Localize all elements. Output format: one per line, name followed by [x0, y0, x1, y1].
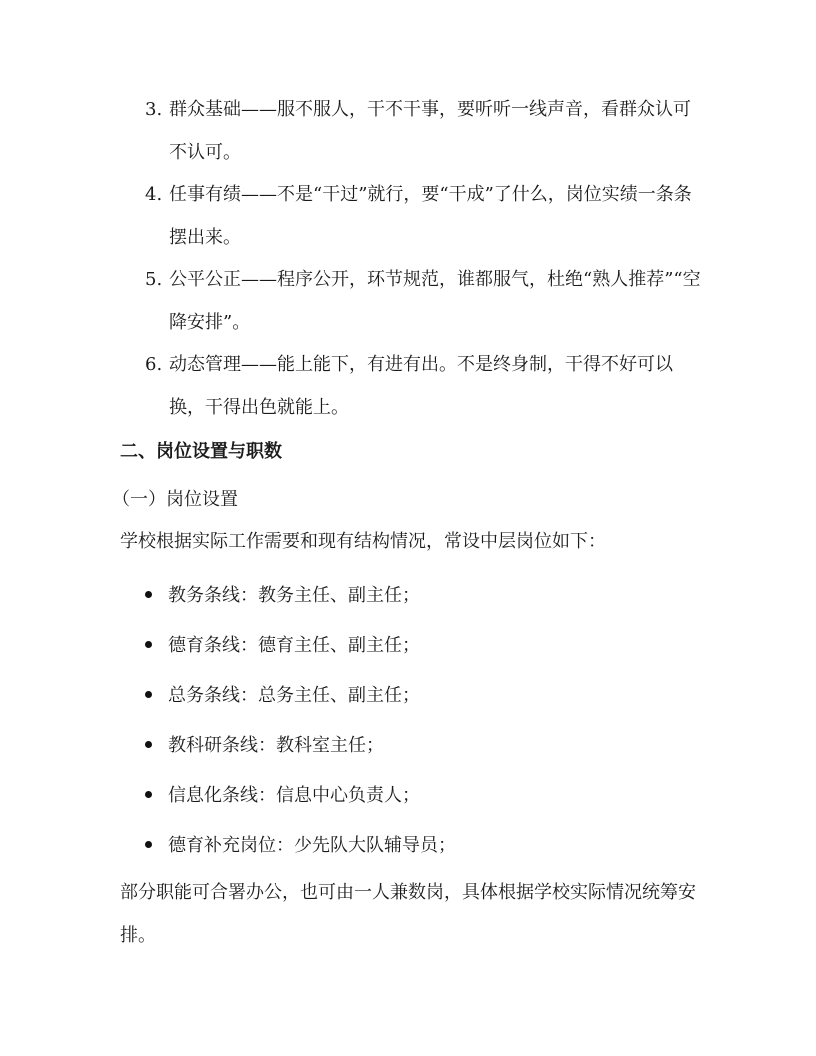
numbered-item-3: 3. 群众基础——服不服人，干不干事，要听听一线声音，看群众认可不认可。 — [145, 88, 705, 174]
bullet-icon — [145, 791, 152, 798]
intro-paragraph: 学校根据实际工作需要和现有结构情况，常设中层岗位如下： — [120, 527, 700, 557]
item-number: 3. — [145, 88, 169, 131]
item-text: 动态管理——能上能下，有进有出。不是终身制，干得不好可以换，干得出色就能上。 — [169, 343, 705, 429]
document-page: 3. 群众基础——服不服人，干不干事，要听听一线声音，看群众认可不认可。 4. … — [0, 0, 816, 1056]
numbered-item-6: 6. 动态管理——能上能下，有进有出。不是终身制，干得不好可以换，干得出色就能上… — [145, 343, 705, 429]
bullet-icon — [145, 841, 152, 848]
bullet-icon — [145, 591, 152, 598]
numbered-item-5: 5. 公平公正——程序公开，环节规范，谁都服气，杜绝“熟人推荐”“空降安排”。 — [145, 258, 705, 344]
bullet-text: 信息化条线：信息中心负责人； — [168, 785, 420, 806]
bullet-item: 德育补充岗位：少先队大队辅导员； — [145, 831, 456, 861]
bullet-text: 总务条线：总务主任、副主任； — [168, 685, 420, 706]
item-number: 6. — [145, 343, 169, 386]
item-text: 公平公正——程序公开，环节规范，谁都服气，杜绝“熟人推荐”“空降安排”。 — [169, 258, 705, 344]
bullet-item: 教科研条线：教科室主任； — [145, 731, 384, 761]
item-text: 群众基础——服不服人，干不干事，要听听一线声音，看群众认可不认可。 — [169, 88, 705, 174]
bullet-item: 总务条线：总务主任、副主任； — [145, 681, 420, 711]
bullet-item: 信息化条线：信息中心负责人； — [145, 781, 420, 811]
bullet-item: 德育条线：德育主任、副主任； — [145, 631, 420, 661]
bullet-text: 教科研条线：教科室主任； — [168, 735, 384, 756]
sub-heading: （一）岗位设置 — [112, 485, 238, 515]
item-number: 5. — [145, 258, 169, 301]
closing-paragraph: 部分职能可合署办公，也可由一人兼数岗，具体根据学校实际情况统筹安排。 — [120, 871, 700, 957]
section-heading: 二、岗位设置与职数 — [120, 437, 282, 467]
bullet-text: 德育补充岗位：少先队大队辅导员； — [168, 835, 456, 856]
bullet-icon — [145, 741, 152, 748]
bullet-text: 教务条线：教务主任、副主任； — [168, 585, 420, 606]
item-number: 4. — [145, 173, 169, 216]
bullet-text: 德育条线：德育主任、副主任； — [168, 635, 420, 656]
bullet-icon — [145, 641, 152, 648]
numbered-item-4: 4. 任事有绩——不是“干过”就行，要“干成”了什么，岗位实绩一条条摆出来。 — [145, 173, 705, 259]
bullet-item: 教务条线：教务主任、副主任； — [145, 581, 420, 611]
bullet-icon — [145, 691, 152, 698]
item-text: 任事有绩——不是“干过”就行，要“干成”了什么，岗位实绩一条条摆出来。 — [169, 173, 705, 259]
